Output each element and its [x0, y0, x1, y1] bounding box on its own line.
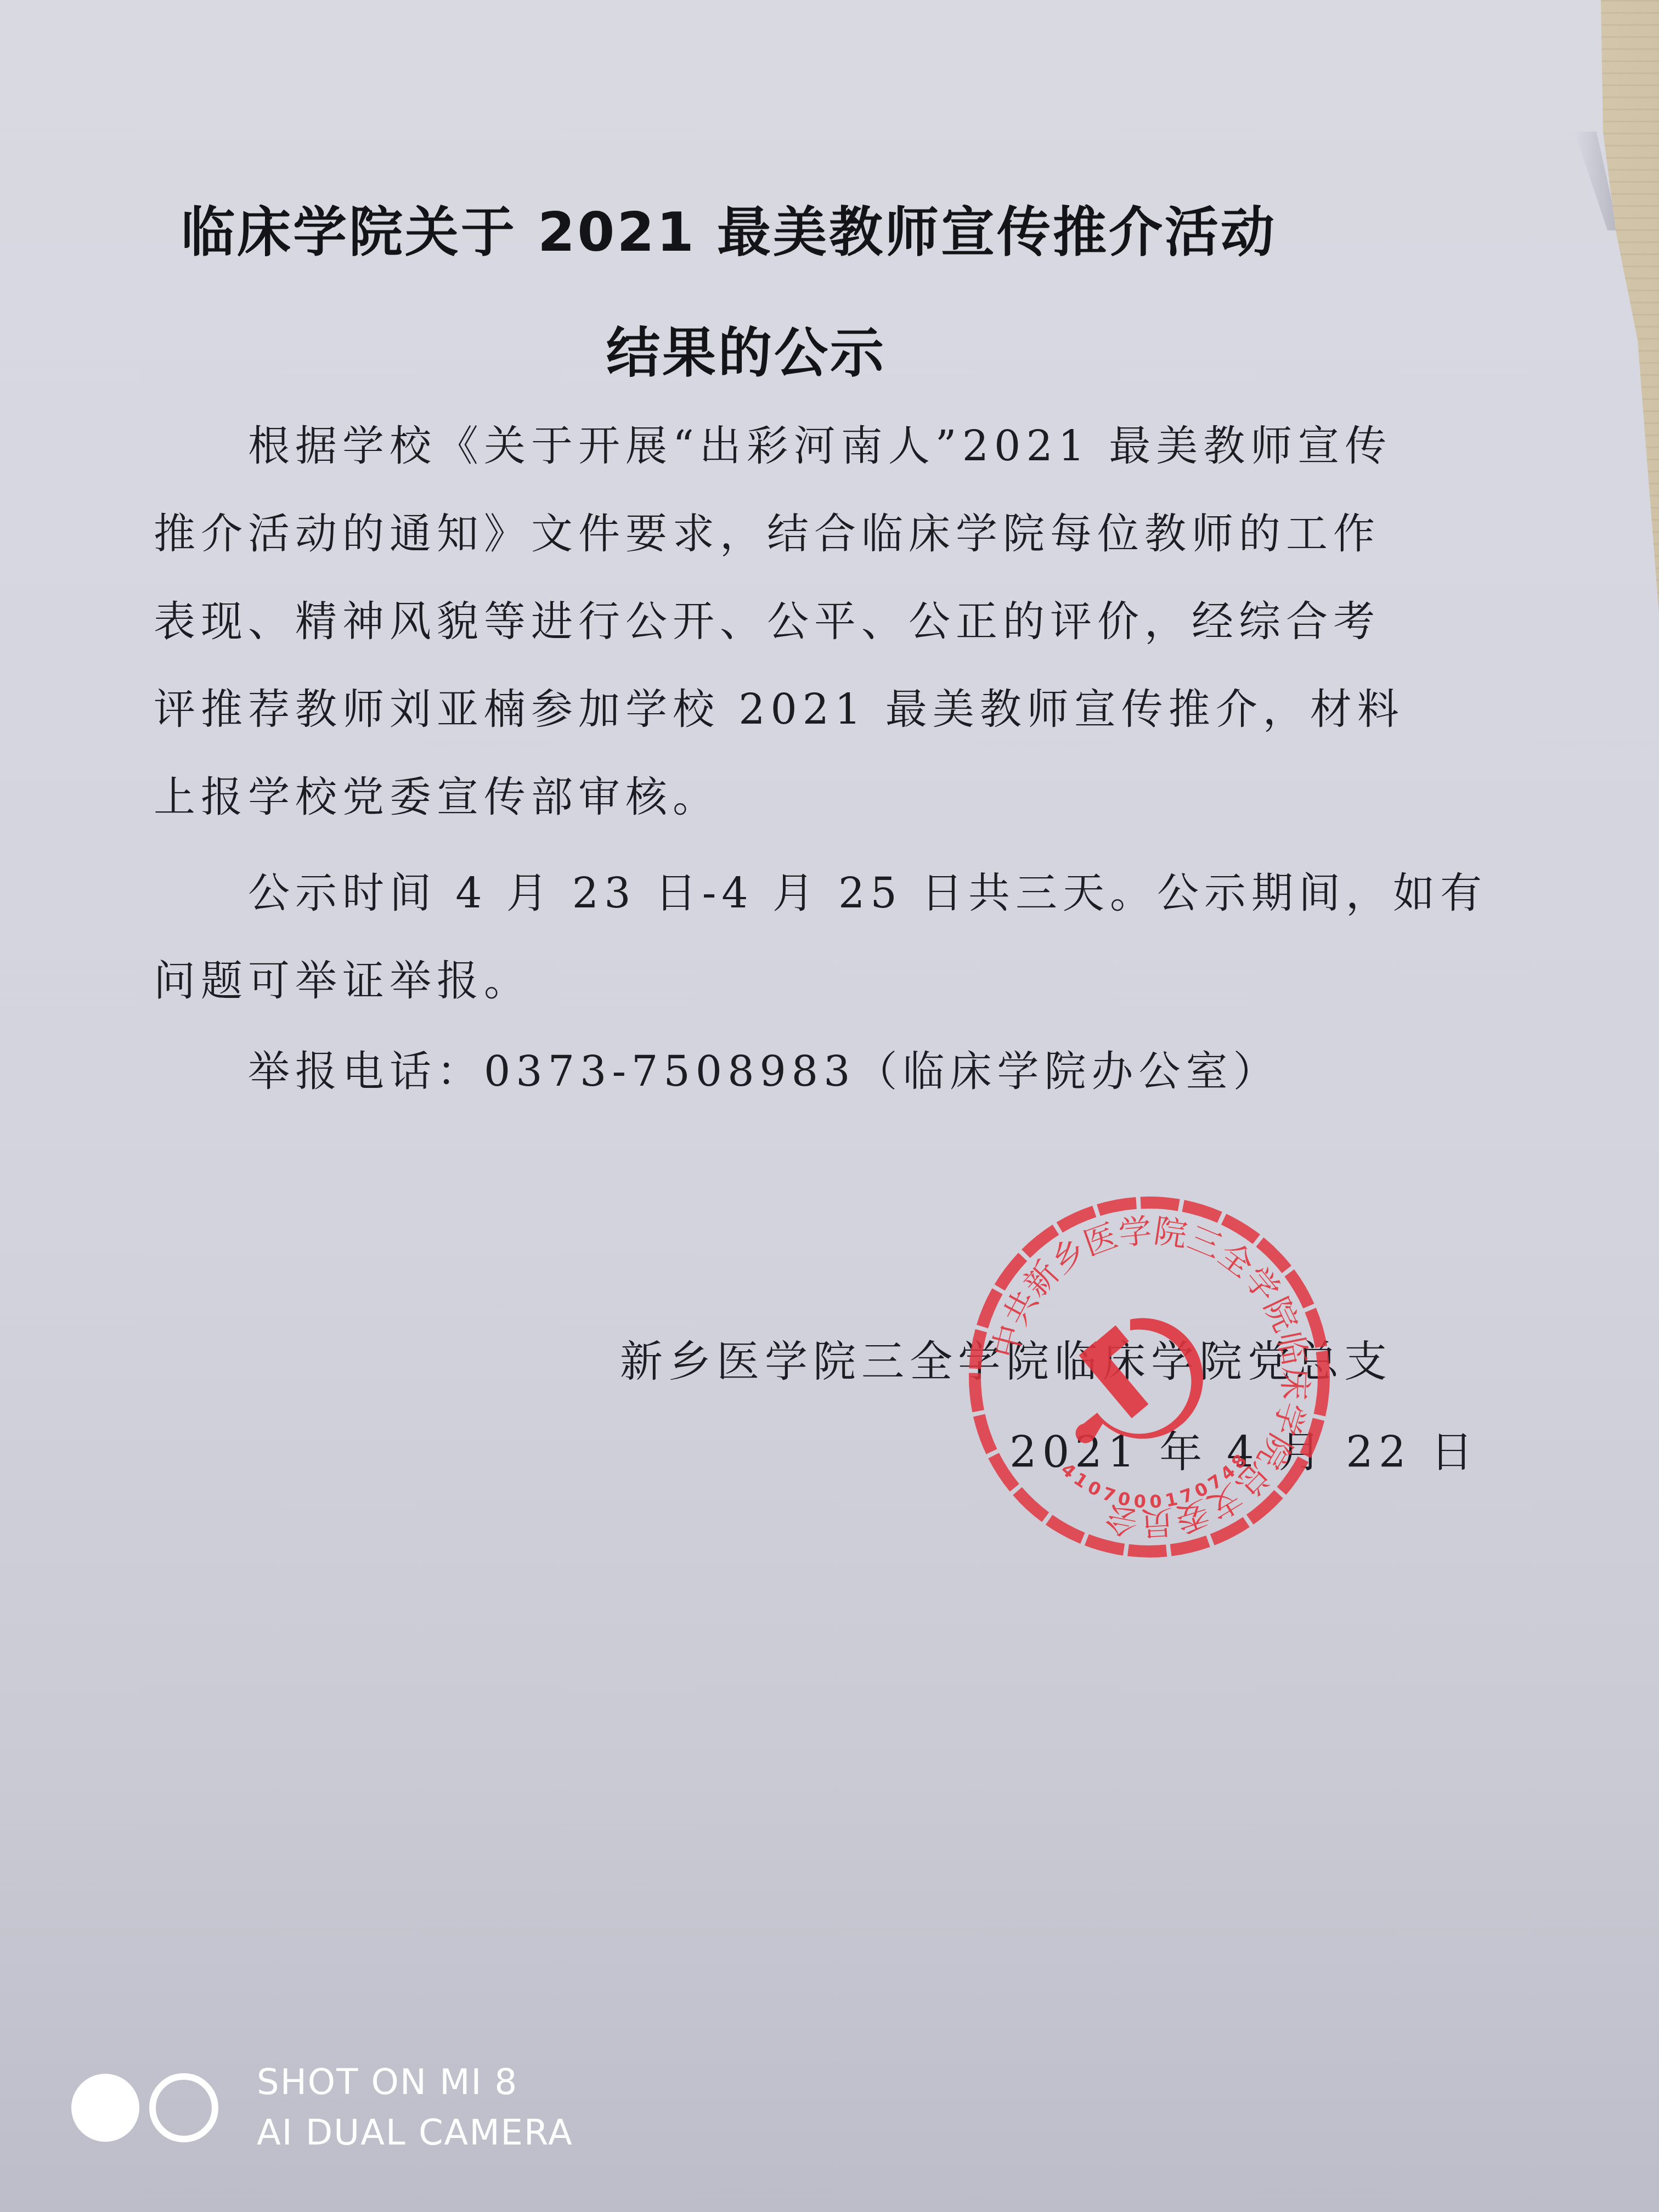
official-seal: 中共新乡医学院三全学院临床学院总支委员会 4107000170748: [966, 1193, 1333, 1561]
body-line-7: 问题可举证举报。: [154, 960, 1372, 1002]
body-line-2: 推介活动的通知》文件要求，结合临床学院每位教师的工作: [154, 513, 1372, 555]
watermark-filled-circle-icon: [71, 2074, 139, 2142]
body-line-5: 上报学校党委宣传部审核。: [154, 776, 1372, 818]
hammer-and-sickle-icon: [1076, 1318, 1203, 1443]
watermark-ring-circle-icon: [149, 2073, 218, 2142]
report-phone-line: 举报电话：0373-7508983（临床学院办公室）: [154, 1051, 1372, 1092]
camera-watermark: SHOT ON MI 8 AI DUAL CAMERA: [71, 2057, 573, 2158]
watermark-line-2: AI DUAL CAMERA: [257, 2108, 573, 2158]
paper-sheet: 临床学院关于 2021 最美教师宣传推介活动 结果的公示 根据学校《关于开展“出…: [0, 0, 1659, 2212]
body-line-4: 评推荐教师刘亚楠参加学校 2021 最美教师宣传推介，材料: [154, 689, 1372, 730]
body-line-6: 公示时间 4 月 23 日-4 月 25 日共三天。公示期间，如有: [154, 872, 1372, 914]
body-line-3: 表现、精神风貌等进行公开、公平、公正的评价，经综合考: [154, 601, 1372, 642]
body-line-1: 根据学校《关于开展“出彩河南人”2021 最美教师宣传: [154, 425, 1372, 467]
document-title-line-2: 结果的公示: [606, 310, 990, 387]
document-title-line-1: 临床学院关于 2021 最美教师宣传推介活动: [181, 189, 1344, 267]
watermark-line-1: SHOT ON MI 8: [257, 2057, 573, 2108]
